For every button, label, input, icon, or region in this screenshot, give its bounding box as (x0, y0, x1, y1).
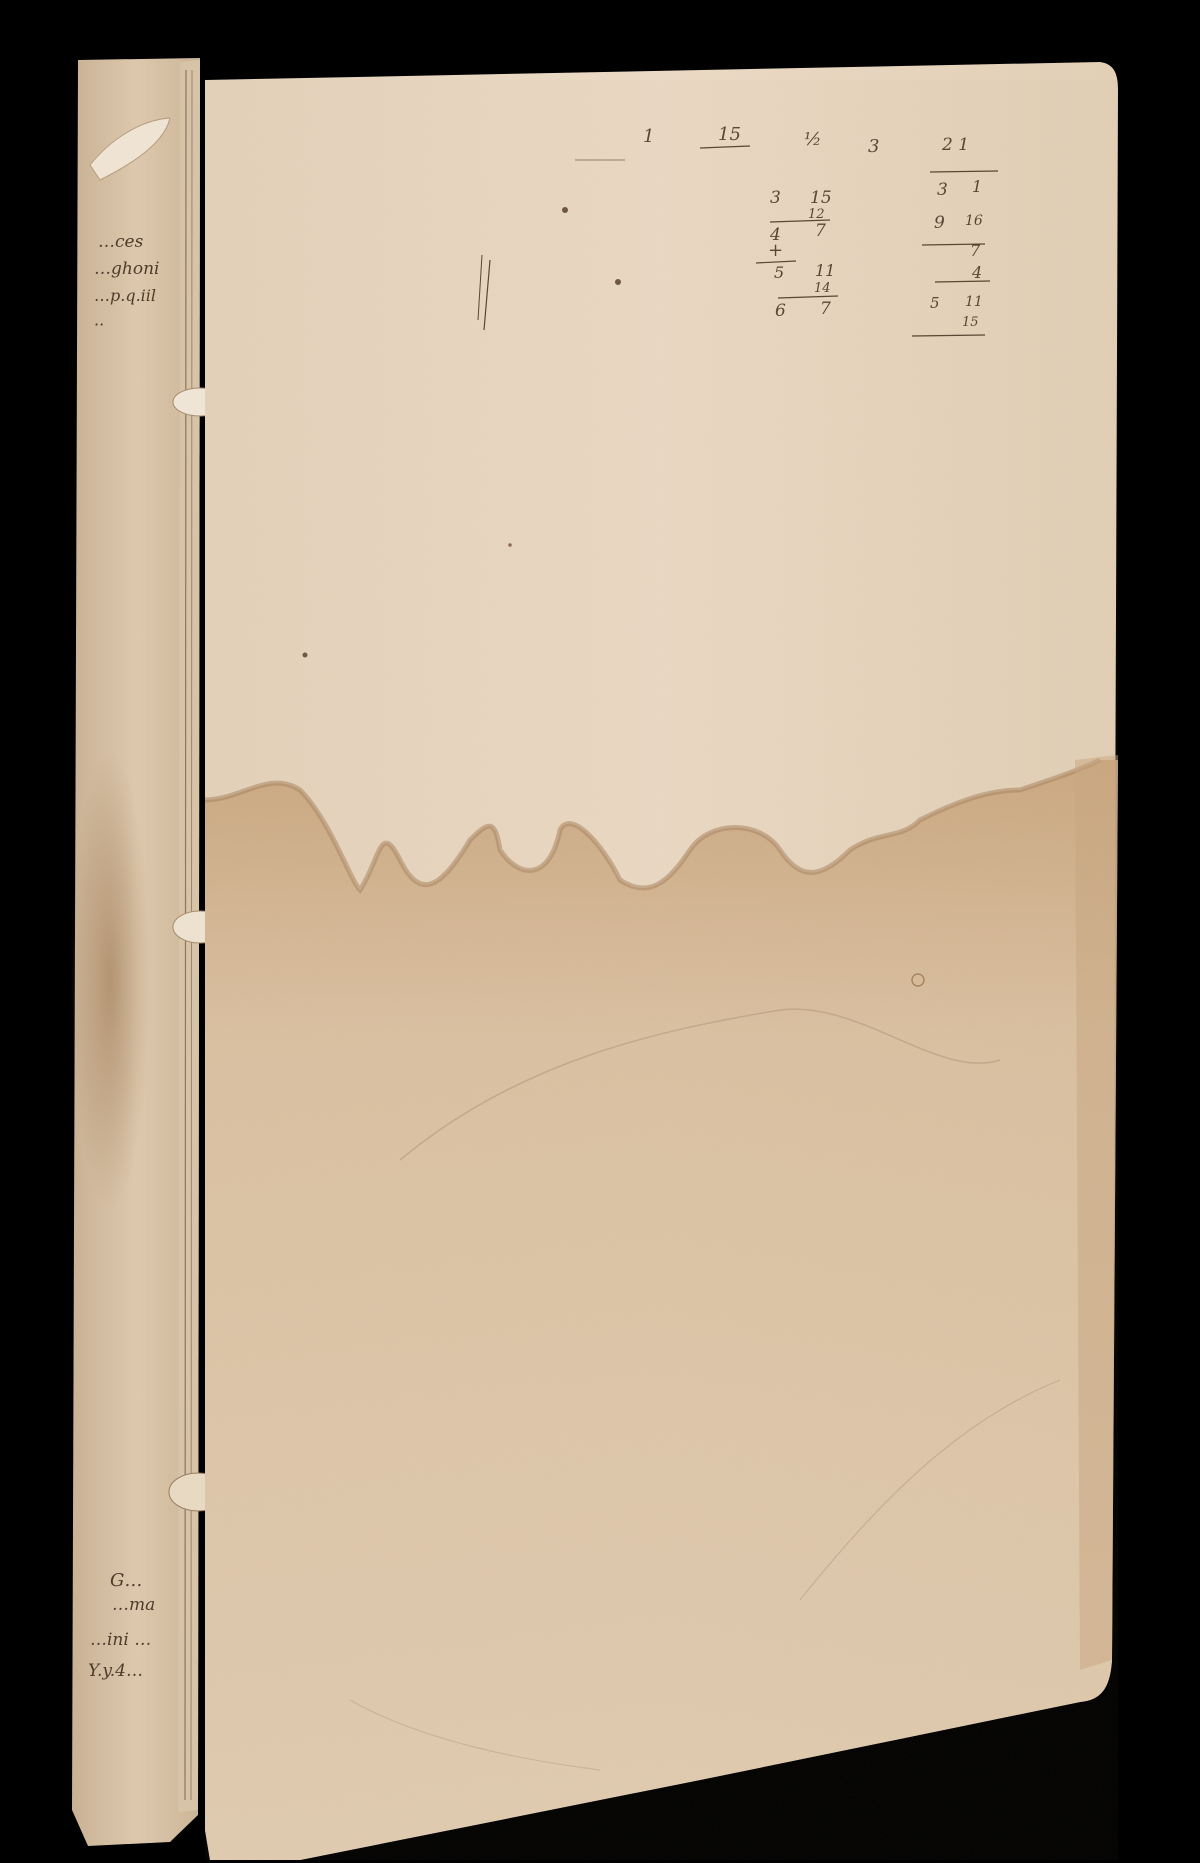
svg-text:3: 3 (770, 188, 781, 208)
svg-text:Y.y.4…: Y.y.4… (88, 1661, 143, 1681)
svg-text:7: 7 (820, 299, 831, 319)
svg-text:5: 5 (774, 263, 784, 282)
svg-text:16: 16 (965, 213, 983, 229)
svg-text:15: 15 (810, 188, 832, 208)
svg-text:3: 3 (937, 180, 948, 200)
book-photo: …ces …ghoni …p.q.iil ·· G… …ma …ini … Y.… (0, 0, 1200, 1863)
svg-text:14: 14 (814, 281, 831, 296)
svg-text:…ma: …ma (112, 1595, 155, 1615)
svg-text:1: 1 (972, 177, 982, 196)
svg-text:…p.q.iil: …p.q.iil (94, 286, 156, 305)
svg-text:+: + (768, 240, 783, 261)
svg-text:6: 6 (775, 301, 786, 321)
book-spine: …ces …ghoni …p.q.iil ·· G… …ma …ini … Y.… (70, 58, 227, 1846)
svg-text:G…: G… (110, 1570, 142, 1591)
svg-text:15: 15 (962, 315, 979, 330)
svg-text:15: 15 (718, 124, 741, 145)
svg-text:3: 3 (868, 136, 879, 157)
svg-text:11: 11 (965, 294, 983, 310)
svg-text:··: ·· (94, 315, 104, 334)
svg-text:…ces: …ces (98, 232, 144, 252)
photo-stage: …ces …ghoni …p.q.iil ·· G… …ma …ini … Y.… (0, 0, 1200, 1863)
svg-text:5: 5 (930, 294, 940, 312)
svg-text:…ini …: …ini … (90, 1630, 151, 1650)
svg-text:9: 9 (934, 213, 945, 233)
book-front-cover (205, 62, 1118, 1860)
svg-text:11: 11 (815, 261, 835, 280)
svg-text:…ghoni: …ghoni (94, 259, 159, 279)
svg-text:½: ½ (804, 129, 821, 150)
svg-text:7: 7 (815, 221, 826, 241)
svg-text:1: 1 (643, 126, 654, 147)
svg-text:4: 4 (971, 263, 982, 282)
svg-text:2 1: 2 1 (941, 135, 969, 155)
svg-text:7: 7 (970, 241, 981, 260)
